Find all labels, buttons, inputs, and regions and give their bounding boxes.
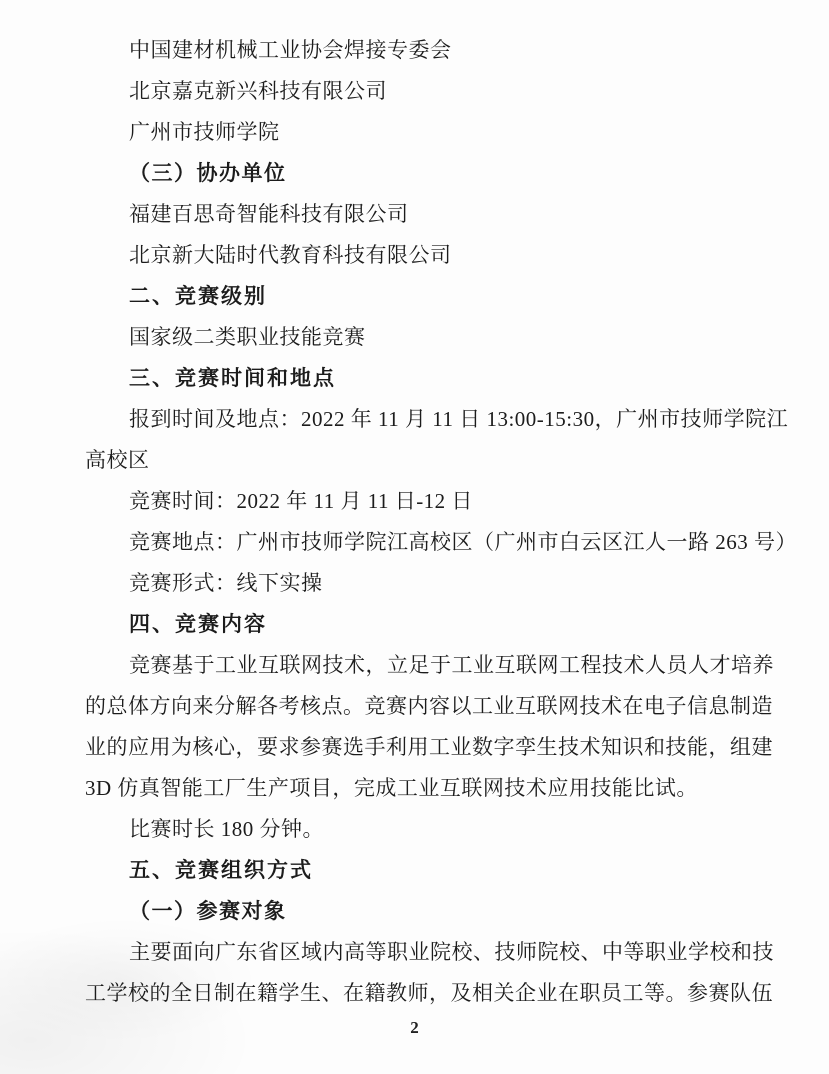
body-line-continuation: 3D 仿真智能工厂生产项目，完成工业互联网技术应用技能比试。	[85, 768, 747, 809]
body-line: 竞赛基于工业互联网技术，立足于工业互联网工程技术人员人才培养	[85, 645, 747, 686]
document-page: 中国建材机械工业协会焊接专委会 北京嘉克新兴科技有限公司 广州市技师学院 （三）…	[0, 0, 829, 1074]
section-heading-competition-level: 二、竞赛级别	[85, 276, 747, 317]
body-line: 主要面向广东省区域内高等职业院校、技师院校、中等职业学校和技	[85, 932, 747, 973]
document-body: 中国建材机械工业协会焊接专委会 北京嘉克新兴科技有限公司 广州市技师学院 （三）…	[85, 30, 747, 1014]
org-name-line: 北京新大陆时代教育科技有限公司	[85, 235, 747, 276]
org-name-line: 中国建材机械工业协会焊接专委会	[85, 30, 747, 71]
body-line-continuation: 高校区	[85, 440, 747, 481]
org-name-line: 北京嘉克新兴科技有限公司	[85, 71, 747, 112]
org-name-line: 福建百思奇智能科技有限公司	[85, 194, 747, 235]
body-line-continuation: 工学校的全日制在籍学生、在籍教师，及相关企业在职员工等。参赛队伍	[85, 973, 747, 1014]
section-heading-competition-content: 四、竞赛内容	[85, 604, 747, 645]
body-line-competition-location: 竞赛地点：广州市技师学院江高校区（广州市白云区江人一路 263 号）	[85, 522, 747, 563]
section-heading-organization: 五、竞赛组织方式	[85, 850, 747, 891]
subsection-heading-participants: （一）参赛对象	[85, 891, 747, 932]
section-heading-time-location: 三、竞赛时间和地点	[85, 358, 747, 399]
body-line-competition-format: 竞赛形式：线下实操	[85, 563, 747, 604]
org-name-line: 广州市技师学院	[85, 112, 747, 153]
body-line-continuation: 业的应用为核心，要求参赛选手利用工业数字孪生技术知识和技能，组建	[85, 727, 747, 768]
body-line-registration-time: 报到时间及地点：2022 年 11 月 11 日 13:00-15:30，广州市…	[85, 399, 747, 440]
body-line-competition-time: 竞赛时间：2022 年 11 月 11 日-12 日	[85, 481, 747, 522]
page-number: 2	[0, 1018, 829, 1038]
subsection-heading-co-organizers: （三）协办单位	[85, 153, 747, 194]
body-line-duration: 比赛时长 180 分钟。	[85, 809, 747, 850]
body-line: 国家级二类职业技能竞赛	[85, 317, 747, 358]
body-line-continuation: 的总体方向来分解各考核点。竞赛内容以工业互联网技术在电子信息制造	[85, 686, 747, 727]
